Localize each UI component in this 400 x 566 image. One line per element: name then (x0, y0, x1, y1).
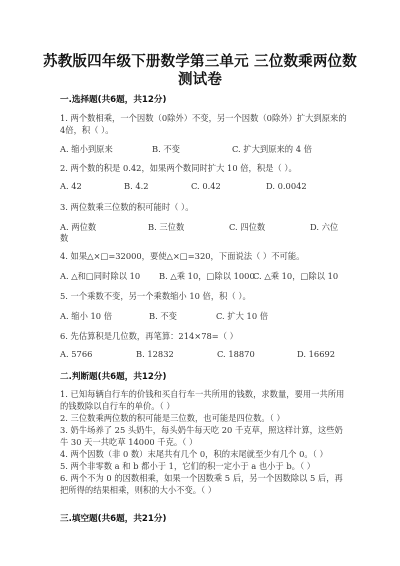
q5-option-b: B. 不变 (149, 310, 177, 322)
q3-option-d-wrap: 数 (60, 232, 68, 244)
q4-option-a: A. △和□同时除以 10 (60, 270, 140, 282)
question-1: 1. 两个数相乘，一个因数（0除外）不变，另一个因数（0除外）扩大到原来的4倍，… (60, 112, 350, 136)
judgement-6: 6. 两个不为 0 的因数相乘，如果一个因数乘 5 后，另一个因数除以 5 后，… (60, 472, 350, 496)
q6-option-d: D. 16692 (297, 349, 335, 359)
q3-option-c: C. 四位数 (229, 221, 265, 233)
section-1-heading: 一.选择题(共6题，共12分) (60, 93, 166, 105)
q6-option-c: C. 18870 (217, 349, 255, 359)
q3-option-b: B. 三位数 (148, 221, 184, 233)
q1-option-c: C. 扩大到原来的 4 倍 (232, 143, 312, 155)
q5-option-a: A. 缩小 10 倍 (60, 310, 112, 322)
q3-option-d: D. 六位 (310, 221, 338, 233)
q5-option-c: C. 扩大 10 倍 (216, 310, 268, 322)
section-2-heading: 二.判断题(共6题，共12分) (60, 370, 166, 382)
q6-option-b: B. 12832 (136, 349, 174, 359)
question-4: 4. 如果△×□=32000，要使△×□=320，下面说法（ ）不可能。 (60, 250, 350, 262)
judgement-4: 4. 两个因数（非 0 数）末尾共有几个 0，积的末尾就至少有几个 0。（ ） (60, 448, 350, 460)
q4-option-b: B. △乘 10，□除以 1000 (159, 270, 255, 282)
judgement-1: 1. 已知每辆自行车的价钱和买自行车一共所用的钱数，求数量，要用一共所用的钱数除… (60, 388, 350, 412)
q2-option-d: D. 0.0042 (266, 181, 307, 191)
judgement-3: 3. 奶牛场养了 25 头奶牛，每头奶牛每天吃 20 千克草，照这样计算，这些奶… (60, 424, 350, 448)
q6-option-a: A. 5766 (60, 349, 92, 359)
question-6: 6. 先估算积是几位数，再笔算：214×78=（ ） (60, 330, 350, 342)
q1-option-b: B. 不变 (152, 143, 180, 155)
section-3-heading: 三.填空题(共6题，共21分) (60, 512, 166, 524)
judgement-2: 2. 三位数乘两位数的积可能是三位数，也可能是四位数。（ ） (60, 412, 350, 424)
question-3: 3. 两位数乘三位数的积可能时（ ）。 (60, 201, 350, 213)
question-5: 5. 一个乘数不变，另一个乘数缩小 10 倍，积（ ）。 (60, 290, 350, 302)
q1-option-a: A. 缩小到原来 (60, 143, 113, 155)
document-subtitle: 测试卷 (0, 68, 400, 89)
q2-option-c: C. 0.42 (191, 181, 221, 191)
question-2: 2. 两个数的积是 0.42，如果两个数同时扩大 10 倍，积是（ ）。 (60, 162, 350, 174)
judgement-5: 5. 两个非零数 a 和 b 都小于 1，它们的积一定小于 a 也小于 b。（ … (60, 460, 350, 472)
q2-option-b: B. 4.2 (124, 181, 149, 191)
q2-option-a: A. 42 (60, 181, 82, 191)
q4-option-c: C. △乘 10，□除以 10 (253, 270, 338, 282)
